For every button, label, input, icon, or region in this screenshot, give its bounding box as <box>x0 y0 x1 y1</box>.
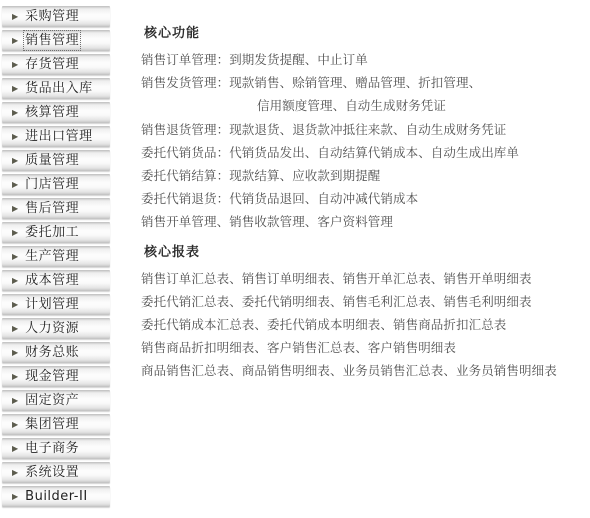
sidebar-item-label: 核算管理 <box>25 104 79 121</box>
arrow-right-icon: ▶ <box>12 414 18 435</box>
feature-line: 销售开单管理、销售收款管理、客户资料管理 <box>141 210 586 233</box>
feature-line: 委托代销货品：代销货品发出、自动结算代销成本、自动生成出库单 <box>141 141 586 164</box>
arrow-right-icon: ▶ <box>12 486 18 507</box>
section-title-core-reports: 核心报表 <box>144 243 586 262</box>
sidebar-item-label: 现金管理 <box>25 368 79 385</box>
main-content: 核心功能 销售订单管理：到期发货提醒、中止订单销售发货管理：现款销售、赊销管理、… <box>141 24 586 383</box>
sidebar-item-3[interactable]: ▶ 货品出入库 <box>2 78 110 99</box>
sidebar-item-label: 进出口管理 <box>25 128 93 145</box>
sidebar-item-19[interactable]: ▶ 系统设置 <box>2 462 110 483</box>
arrow-right-icon: ▶ <box>12 390 18 411</box>
sidebar-item-label: 人力资源 <box>25 320 79 337</box>
sidebar-item-label: 成本管理 <box>25 272 79 289</box>
core-reports-lines: 销售订单汇总表、销售订单明细表、销售开单汇总表、销售开单明细表委托代销汇总表、委… <box>141 267 586 383</box>
section-title-core-functions: 核心功能 <box>144 24 586 43</box>
arrow-right-icon: ▶ <box>12 78 18 99</box>
section-core-reports: 核心报表 销售订单汇总表、销售订单明细表、销售开单汇总表、销售开单明细表委托代销… <box>141 243 586 383</box>
arrow-right-icon: ▶ <box>12 126 18 147</box>
sidebar-item-label: 采购管理 <box>25 8 79 25</box>
arrow-right-icon: ▶ <box>12 246 18 267</box>
sidebar-item-7[interactable]: ▶ 门店管理 <box>2 174 110 195</box>
sidebar-item-0[interactable]: ▶ 采购管理 <box>2 6 110 27</box>
sidebar-item-9[interactable]: ▶ 委托加工 <box>2 222 110 243</box>
sidebar-item-14[interactable]: ▶ 财务总账 <box>2 342 110 363</box>
sidebar: ▶ 采购管理 ▶ 销售管理 ▶ 存货管理 ▶ 货品出入库 ▶ 核算管理 ▶ 进出… <box>2 6 110 510</box>
arrow-right-icon: ▶ <box>12 294 18 315</box>
sidebar-item-5[interactable]: ▶ 进出口管理 <box>2 126 110 147</box>
arrow-right-icon: ▶ <box>12 54 18 75</box>
sidebar-item-1[interactable]: ▶ 销售管理 <box>2 30 110 51</box>
feature-line: 销售订单汇总表、销售订单明细表、销售开单汇总表、销售开单明细表 <box>141 267 586 290</box>
feature-line: 销售商品折扣明细表、客户销售汇总表、客户销售明细表 <box>141 336 586 359</box>
sidebar-item-17[interactable]: ▶ 集团管理 <box>2 414 110 435</box>
arrow-right-icon: ▶ <box>12 174 18 195</box>
feature-line: 销售发货管理：现款销售、赊销管理、赠品管理、折扣管理、 <box>141 71 586 94</box>
arrow-right-icon: ▶ <box>12 30 18 51</box>
sidebar-item-6[interactable]: ▶ 质量管理 <box>2 150 110 171</box>
arrow-right-icon: ▶ <box>12 438 18 459</box>
sidebar-item-label: Builder-II <box>25 488 88 505</box>
sidebar-item-label: 存货管理 <box>25 56 79 73</box>
sidebar-item-10[interactable]: ▶ 生产管理 <box>2 246 110 267</box>
arrow-right-icon: ▶ <box>12 198 18 219</box>
sidebar-item-label: 财务总账 <box>25 344 79 361</box>
sidebar-item-label: 系统设置 <box>25 464 79 481</box>
arrow-right-icon: ▶ <box>12 102 18 123</box>
feature-line: 销售退货管理：现款退货、退货款冲抵往来款、自动生成财务凭证 <box>141 118 586 141</box>
arrow-right-icon: ▶ <box>12 462 18 483</box>
sidebar-item-label: 门店管理 <box>25 176 79 193</box>
sidebar-item-label: 计划管理 <box>25 296 79 313</box>
sidebar-item-13[interactable]: ▶ 人力资源 <box>2 318 110 339</box>
arrow-right-icon: ▶ <box>12 318 18 339</box>
arrow-right-icon: ▶ <box>12 342 18 363</box>
sidebar-item-12[interactable]: ▶ 计划管理 <box>2 294 110 315</box>
feature-line: 委托代销退货：代销货品退回、自动冲减代销成本 <box>141 187 586 210</box>
sidebar-item-label: 集团管理 <box>25 416 79 433</box>
feature-line: 商品销售汇总表、商品销售明细表、业务员销售汇总表、业务员销售明细表 <box>141 359 586 382</box>
arrow-right-icon: ▶ <box>12 6 18 27</box>
arrow-right-icon: ▶ <box>12 270 18 291</box>
sidebar-item-8[interactable]: ▶ 售后管理 <box>2 198 110 219</box>
sidebar-item-label: 电子商务 <box>25 440 79 457</box>
sidebar-item-label: 销售管理 <box>25 32 79 49</box>
sidebar-item-2[interactable]: ▶ 存货管理 <box>2 54 110 75</box>
sidebar-item-label: 固定资产 <box>25 392 79 409</box>
arrow-right-icon: ▶ <box>12 150 18 171</box>
section-core-functions: 核心功能 销售订单管理：到期发货提醒、中止订单销售发货管理：现款销售、赊销管理、… <box>141 24 586 234</box>
feature-line: 委托代销结算：现款结算、应收款到期提醒 <box>141 164 586 187</box>
sidebar-item-label: 售后管理 <box>25 200 79 217</box>
arrow-right-icon: ▶ <box>12 222 18 243</box>
sidebar-item-label: 质量管理 <box>25 152 79 169</box>
sidebar-item-11[interactable]: ▶ 成本管理 <box>2 270 110 291</box>
sidebar-item-label: 生产管理 <box>25 248 79 265</box>
sidebar-item-20[interactable]: ▶ Builder-II <box>2 486 110 507</box>
sidebar-item-15[interactable]: ▶ 现金管理 <box>2 366 110 387</box>
feature-line: 委托代销成本汇总表、委托代销成本明细表、销售商品折扣汇总表 <box>141 313 586 336</box>
feature-line: 委托代销汇总表、委托代销明细表、销售毛利汇总表、销售毛利明细表 <box>141 290 586 313</box>
sidebar-item-label: 委托加工 <box>25 224 79 241</box>
core-functions-lines: 销售订单管理：到期发货提醒、中止订单销售发货管理：现款销售、赊销管理、赠品管理、… <box>141 48 586 234</box>
feature-line: 信用额度管理、自动生成财务凭证 <box>141 94 586 117</box>
arrow-right-icon: ▶ <box>12 366 18 387</box>
sidebar-item-4[interactable]: ▶ 核算管理 <box>2 102 110 123</box>
feature-line: 销售订单管理：到期发货提醒、中止订单 <box>141 48 586 71</box>
sidebar-item-16[interactable]: ▶ 固定资产 <box>2 390 110 411</box>
sidebar-item-18[interactable]: ▶ 电子商务 <box>2 438 110 459</box>
sidebar-item-label: 货品出入库 <box>25 80 93 97</box>
